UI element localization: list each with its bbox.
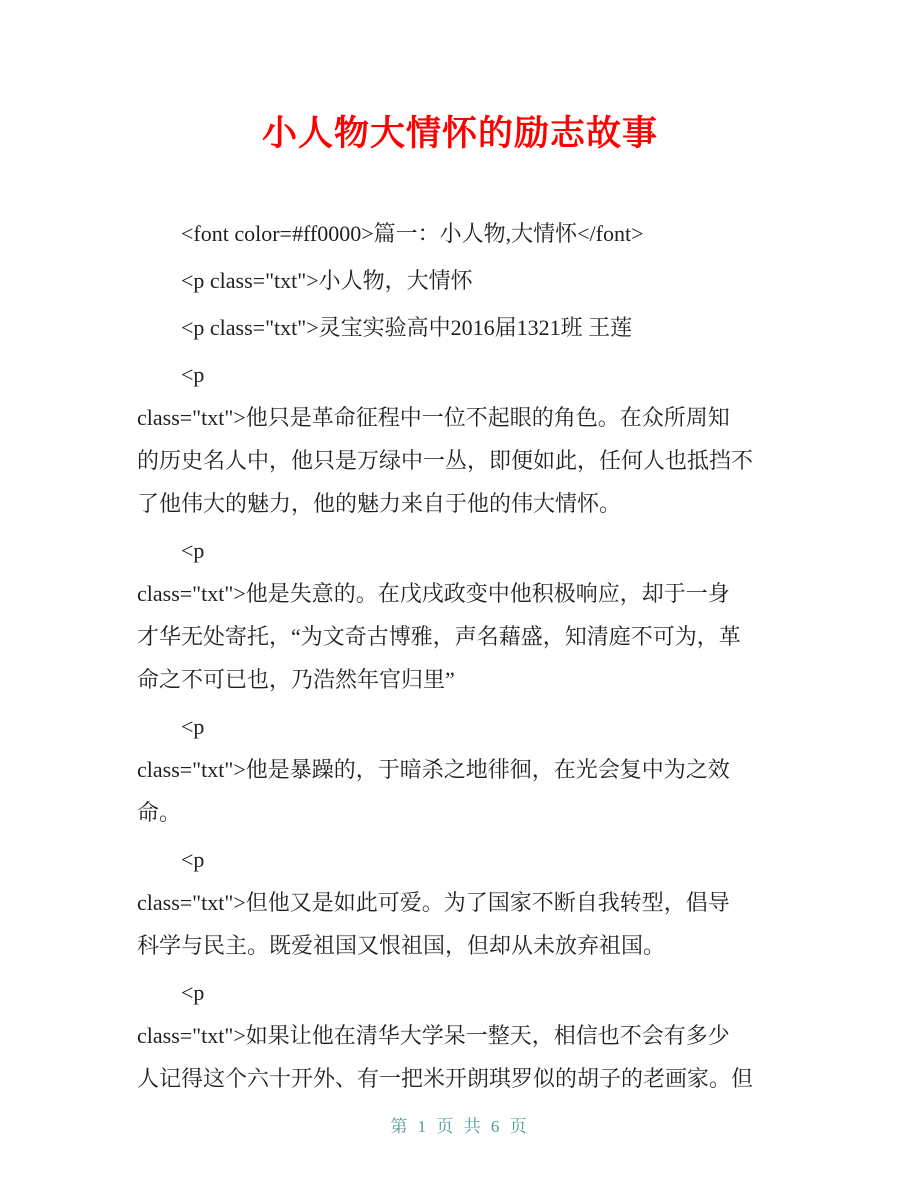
text-line: class="txt">他只是革命征程中一位不起眼的角色。在众所周知 (137, 396, 797, 439)
text-line: class="txt">他是失意的。在戊戌政变中他积极响应，却于一身 (137, 572, 797, 615)
paragraph: <pclass="txt">他只是革命征程中一位不起眼的角色。在众所周知的历史名… (137, 353, 797, 525)
text-line: <p (137, 838, 797, 881)
text-line: class="txt">他是暴躁的，于暗杀之地徘徊，在光会复中为之效 (137, 748, 797, 791)
text-line: <p (137, 705, 797, 748)
text-line: 的历史名人中，他只是万绿中一丛，即便如此，任何人也抵挡不 (137, 439, 797, 482)
page-number-text: 第 1 页 共 6 页 (390, 1117, 529, 1136)
paragraph: <p class="txt">小人物，大情怀 (137, 259, 797, 302)
text-line: 命之不可已也，乃浩然年官归里” (137, 658, 797, 701)
paragraph: <pclass="txt">他是失意的。在戊戌政变中他积极响应，却于一身才华无处… (137, 529, 797, 701)
document-body: <font color=#ff0000>篇一：小人物,大情怀</font><p … (137, 212, 797, 1104)
document-title: 小人物大情怀的励志故事 (0, 106, 920, 156)
text-line: class="txt">但他又是如此可爱。为了国家不断自我转型，倡导 (137, 881, 797, 924)
text-line: <p (137, 971, 797, 1014)
text-line: <p class="txt">灵宝实验高中2016届1321班 王莲 (137, 306, 797, 349)
paragraph: <pclass="txt">但他又是如此可爱。为了国家不断自我转型，倡导科学与民… (137, 838, 797, 967)
paragraph: <pclass="txt">他是暴躁的，于暗杀之地徘徊，在光会复中为之效命。 (137, 705, 797, 834)
text-line: <font color=#ff0000>篇一：小人物,大情怀</font> (137, 212, 797, 255)
document-page: 小人物大情怀的励志故事 <font color=#ff0000>篇一：小人物,大… (0, 0, 920, 1191)
paragraph: <p class="txt">灵宝实验高中2016届1321班 王莲 (137, 306, 797, 349)
text-line: 才华无处寄托，“为文奇古博雅，声名藉盛，知清庭不可为，革 (137, 615, 797, 658)
text-line: <p (137, 353, 797, 396)
text-line: 人记得这个六十开外、有一把米开朗琪罗似的胡子的老画家。但 (137, 1057, 797, 1100)
text-line: class="txt">如果让他在清华大学呆一整天，相信也不会有多少 (137, 1014, 797, 1057)
text-line: 命。 (137, 791, 797, 834)
paragraph: <font color=#ff0000>篇一：小人物,大情怀</font> (137, 212, 797, 255)
page-footer: 第 1 页 共 6 页 (0, 1112, 920, 1137)
text-line: 了他伟大的魅力，他的魅力来自于他的伟大情怀。 (137, 482, 797, 525)
paragraph: <pclass="txt">如果让他在清华大学呆一整天，相信也不会有多少人记得这… (137, 971, 797, 1100)
text-line: <p class="txt">小人物，大情怀 (137, 259, 797, 302)
text-line: 科学与民主。既爱祖国又恨祖国，但却从未放弃祖国。 (137, 924, 797, 967)
text-line: <p (137, 529, 797, 572)
